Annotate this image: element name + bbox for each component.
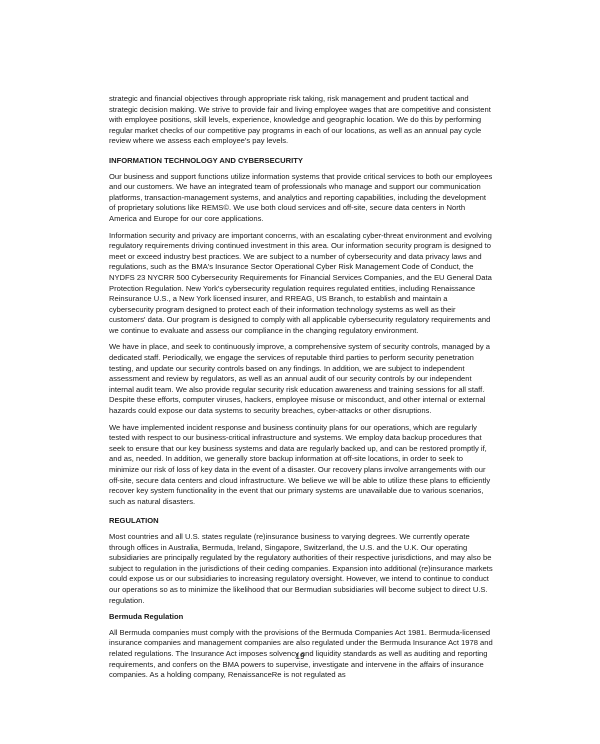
section-heading: INFORMATION TECHNOLOGY AND CYBERSECURITY [109,156,493,167]
section-heading: REGULATION [109,516,493,527]
subsection-heading: Bermuda Regulation [109,612,493,623]
paragraph: Most countries and all U.S. states regul… [109,532,493,606]
paragraph: We have implemented incident response an… [109,423,493,508]
page-number: 19 [0,652,600,661]
section-bermuda-regulation: Bermuda Regulation All Bermuda companies… [109,612,493,681]
document-page: strategic and financial objectives throu… [109,94,493,687]
section-regulation: REGULATION Most countries and all U.S. s… [109,516,493,606]
paragraph: We have in place, and seek to continuous… [109,342,493,416]
paragraph: Our business and support functions utili… [109,172,493,225]
paragraph: Information security and privacy are imp… [109,231,493,337]
section-it-cybersecurity: INFORMATION TECHNOLOGY AND CYBERSECURITY… [109,156,493,507]
intro-paragraph: strategic and financial objectives throu… [109,94,493,147]
